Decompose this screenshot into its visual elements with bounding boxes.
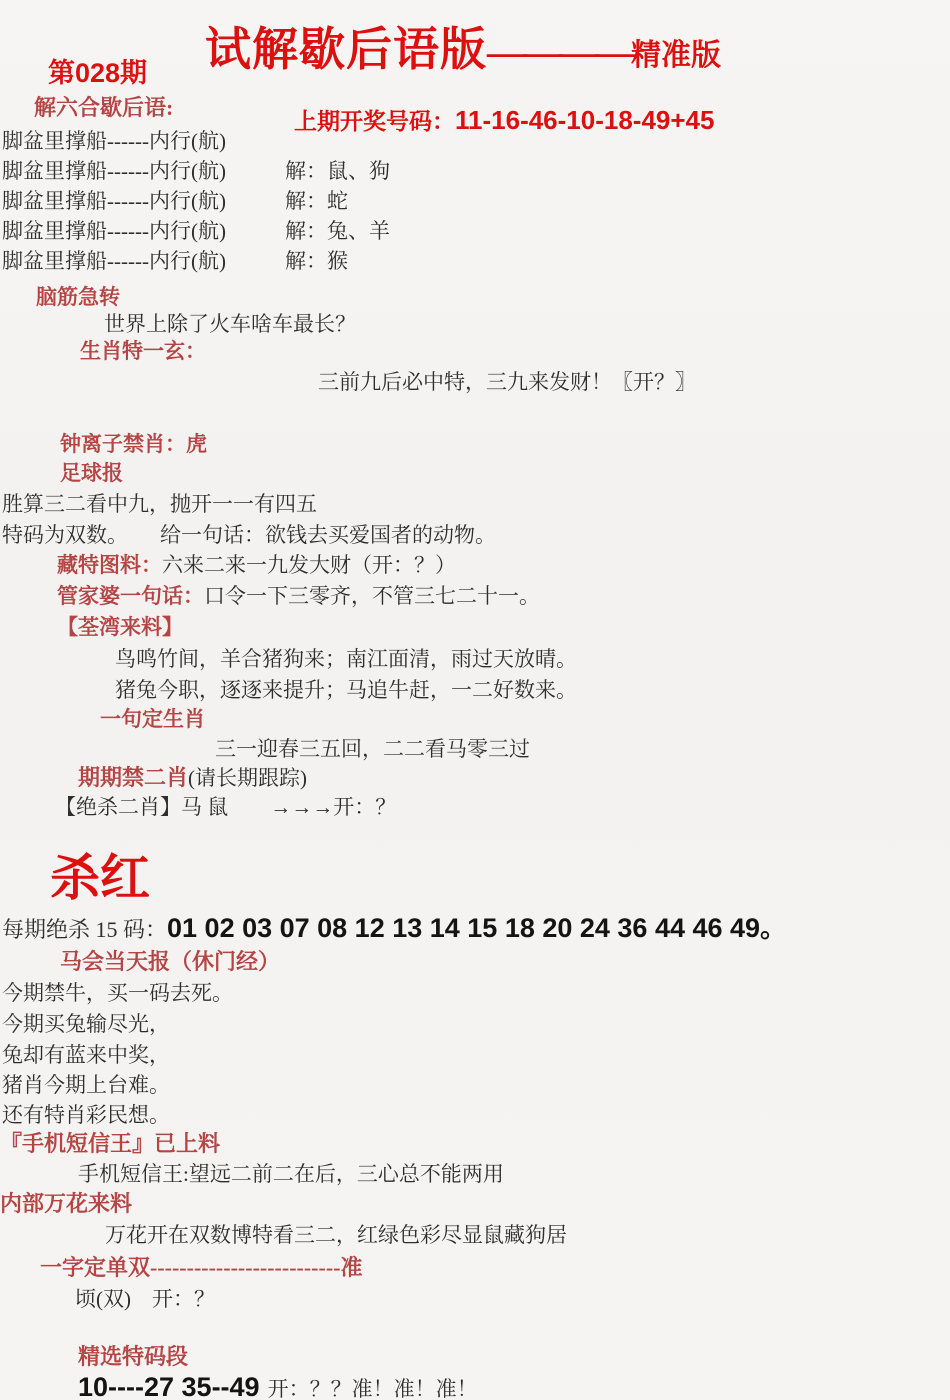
last-draw-numbers: 11-16-46-10-18-49+45: [455, 105, 714, 135]
special-segment-numbers: 10----27 35--49: [78, 1372, 260, 1400]
riddle-row-clue: 脚盆里撑船------内行(航): [2, 129, 226, 153]
sms-king-line: 手机短信王:望远二前二在后，三心总不能两用: [78, 1162, 504, 1186]
special-segment-label: 精选特码段: [78, 1344, 188, 1369]
football-report-line2a: 特码为双数。: [2, 523, 128, 547]
tsuen-wan-line1: 鸟鸣竹间，羊合猪狗来；南江面清，雨过天放晴。: [115, 647, 577, 671]
tsuen-wan-label: 【荃湾来料】: [57, 615, 183, 639]
hidden-special-text: 六来二来一九发大财（开：？）: [162, 553, 456, 577]
page-title-main: 试解歇后语版: [205, 24, 487, 75]
housekeeper: 管家婆一句话：口令一下三零齐，不管三七二十一。: [57, 584, 540, 608]
ban-two-zodiac: 期期禁二肖(请长期跟踪): [78, 765, 307, 790]
football-report-line2b: 给一句话：欲钱去买爱国者的动物。: [160, 523, 496, 547]
ban-two-zodiac-note: (请长期跟踪): [188, 766, 307, 790]
internal-flower-line: 万花开在双数博特看三二，红绿色彩尽显鼠藏狗居: [105, 1223, 567, 1247]
ban-zodiac-text: 钟离子禁肖：虎: [60, 432, 207, 456]
single-double-label: 一字定单双--------------------------准: [40, 1255, 362, 1280]
riddle-row-answer: 解：蛇: [285, 189, 348, 213]
page-title: 试解歇后语版————精准版: [205, 24, 721, 77]
kill-red-title: 杀红: [50, 850, 150, 908]
last-draw: 上期开奖号码：11-16-46-10-18-49+45: [294, 106, 714, 136]
jockey-daily-line: 今期买兔输尽光，: [2, 1012, 170, 1036]
housekeeper-text: 口令一下三零齐，不管三七二十一。: [204, 584, 540, 608]
kill-two-zodiac-prefix: 【绝杀二肖】马 鼠: [55, 795, 228, 819]
one-sentence-zodiac-label: 一句定生肖: [100, 707, 205, 731]
riddle-row-clue: 脚盆里撑船------内行(航): [2, 189, 226, 213]
jockey-daily-line: 还有特肖彩民想。: [2, 1103, 170, 1127]
special-segment-row: 10----27 35--49开：？？准！准！准！: [78, 1372, 478, 1400]
jockey-daily-line: 今期禁牛，买一码去死。: [2, 981, 233, 1005]
ban-two-zodiac-label: 期期禁二肖: [78, 765, 188, 790]
brain-teaser-label: 脑筋急转: [36, 285, 120, 309]
zodiac-special-line: 三前九后必中特，三九来发财！〖开？〗: [318, 370, 696, 394]
issue-number: 第028期: [48, 58, 147, 89]
kill-red-label: 每期绝杀 15 码：: [2, 917, 167, 942]
football-report-line1: 胜算三二看中九，抛开一一有四五: [2, 492, 317, 516]
flyer-page: 试解歇后语版————精准版 第028期 解六合歇后语: 上期开奖号码：11-16…: [0, 0, 950, 1400]
hidden-special: 藏特图料：六来二来一九发大财（开：？）: [57, 553, 456, 577]
hidden-special-label: 藏特图料：: [57, 553, 162, 577]
riddle-row-answer: 解：鼠、狗: [285, 159, 390, 183]
jockey-daily-label: 马会当天报（休门经）: [60, 949, 280, 974]
riddle-row-answer: 解：兔、羊: [285, 219, 390, 243]
riddle-row-answer: 解：猴: [285, 249, 348, 273]
brain-teaser-question: 世界上除了火车啥车最长？: [104, 312, 356, 336]
single-double-line: 顷(双) 开：？: [75, 1287, 215, 1311]
football-report-label: 足球报: [60, 461, 123, 485]
one-sentence-zodiac-line: 三一迎春三五回，二二看马零三过: [215, 737, 530, 761]
riddle-row-clue: 脚盆里撑船------内行(航): [2, 219, 226, 243]
last-draw-label: 上期开奖号码：: [294, 109, 455, 134]
internal-flower-label: 内部万花来料: [0, 1191, 132, 1216]
page-title-dashes: ————: [487, 29, 631, 74]
kill-two-zodiac: 【绝杀二肖】马 鼠→→→开：？: [55, 795, 396, 819]
sms-king-label: 『手机短信王』已上料: [0, 1131, 220, 1156]
page-title-subtitle: 精准版: [631, 39, 721, 72]
zodiac-special-label: 生肖特一玄：: [80, 339, 206, 363]
kill-red-row: 每期绝杀 15 码：01 02 03 07 08 12 13 14 15 18 …: [2, 913, 787, 944]
kill-two-zodiac-result: 开：？: [333, 795, 396, 819]
arrows-icon: →→→: [270, 795, 333, 819]
tsuen-wan-line2: 猪兔今职，逐逐来提升；马追牛赶，一二好数来。: [115, 678, 577, 702]
riddle-row-clue: 脚盆里撑船------内行(航): [2, 159, 226, 183]
riddle-section-label: 解六合歇后语:: [34, 95, 173, 120]
special-segment-result: 开：？？准！准！准！: [268, 1377, 478, 1400]
jockey-daily-line: 兔却有蓝来中奖，: [2, 1043, 170, 1067]
jockey-daily-line: 猪肖今期上台难。: [2, 1073, 170, 1097]
riddle-row-clue: 脚盆里撑船------内行(航): [2, 249, 226, 273]
housekeeper-label: 管家婆一句话：: [57, 584, 204, 608]
kill-red-numbers: 01 02 03 07 08 12 13 14 15 18 20 24 36 4…: [167, 913, 787, 943]
